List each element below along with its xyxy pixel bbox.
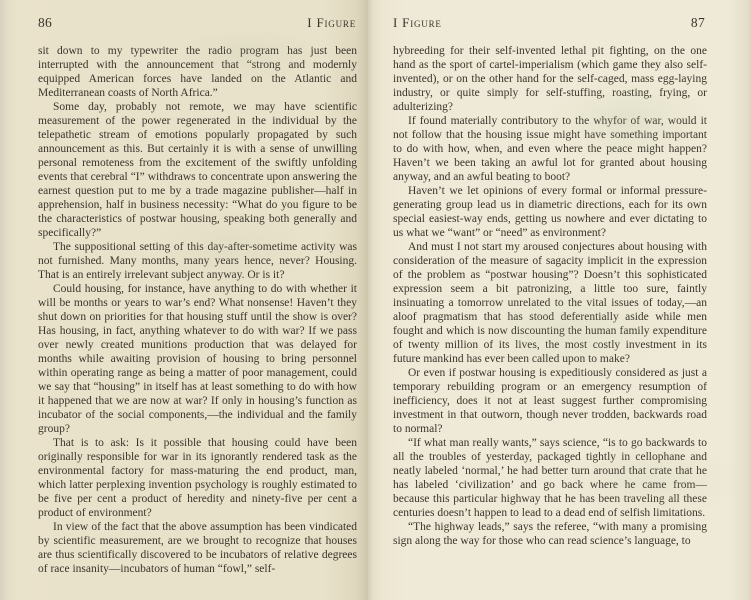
running-head-left: I Figure (307, 15, 356, 31)
paragraph: Some day, probably not remote, we may ha… (38, 100, 357, 240)
paragraph: And must I not start my aroused conjectu… (393, 240, 707, 366)
page-right: I Figure 87 hybreeding for their self-in… (368, 0, 751, 600)
page-body-left: sit down to my typewriter the radio prog… (38, 44, 357, 589)
page-number-right: 87 (691, 15, 705, 31)
paragraph: hybreeding for their self-invented letha… (393, 44, 707, 114)
page-header-left: 86 I Figure (38, 15, 356, 31)
paragraph: “If what man really wants,” says science… (393, 436, 707, 520)
paragraph: The suppositional setting of this day-af… (38, 240, 357, 282)
book-spread: 86 I Figure sit down to my typewriter th… (0, 0, 751, 600)
paragraph: “The highway leads,” says the referee, “… (393, 520, 707, 548)
paragraph: Or even if postwar housing is expeditiou… (393, 366, 707, 436)
page-number-left: 86 (38, 15, 52, 31)
running-head-right: I Figure (393, 15, 442, 31)
paragraph: In view of the fact that the above assum… (38, 520, 357, 576)
page-header-right: I Figure 87 (393, 15, 705, 31)
page-left: 86 I Figure sit down to my typewriter th… (0, 0, 368, 600)
paragraph: If found materially contributory to the … (393, 114, 707, 184)
paragraph: Haven’t we let opinions of every formal … (393, 184, 707, 240)
page-body-right: hybreeding for their self-invented letha… (393, 44, 707, 589)
paragraph: That is to ask: Is it possible that hous… (38, 436, 357, 520)
paragraph: Could housing, for instance, have anythi… (38, 282, 357, 436)
paragraph: sit down to my typewriter the radio prog… (38, 44, 357, 100)
